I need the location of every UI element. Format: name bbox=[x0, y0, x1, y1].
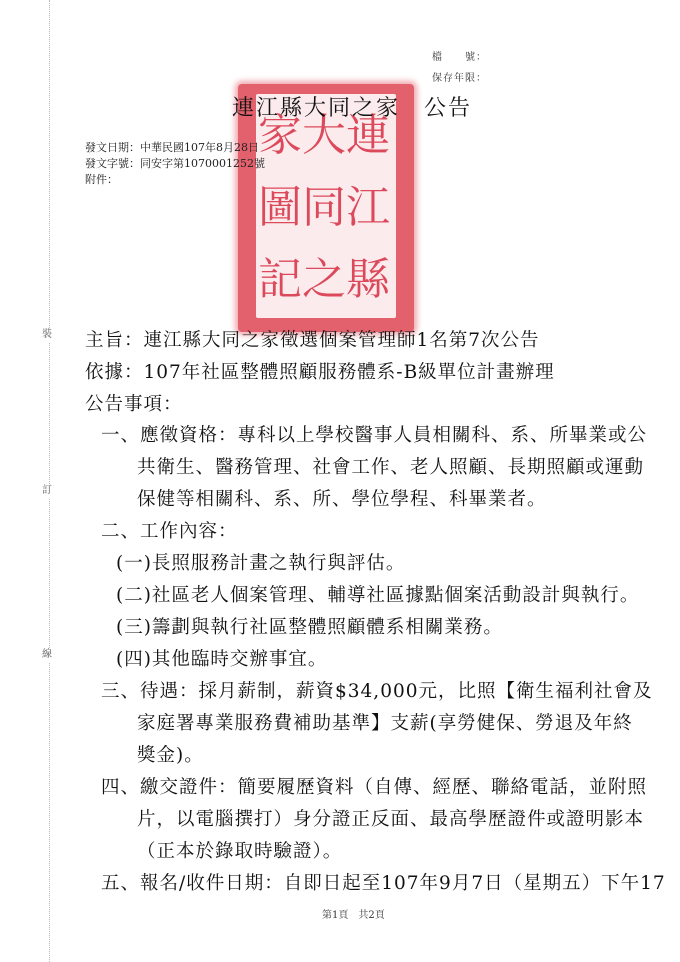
binding-mark-ding: 訂 bbox=[42, 484, 52, 498]
item-3-line-3: 獎金)。 bbox=[137, 744, 204, 768]
page-number: 第1頁 共2頁 bbox=[322, 906, 385, 921]
item-1-line-1: 一、應徵資格：專科以上學校醫事人員相關科、系、所畢業或公 bbox=[101, 424, 647, 448]
seal-char: 縣 bbox=[346, 244, 390, 316]
document-number: 發文字號：同安字第1070001252號 bbox=[85, 157, 265, 171]
item-4-line-3: （正本於錄取時驗證）。 bbox=[137, 840, 342, 864]
archive-file-number: 檔 號： bbox=[432, 48, 487, 63]
item-3-line-1: 三、待遇：採月薪制，薪資$34,000元，比照【衛生福利社會及 bbox=[101, 680, 653, 704]
seal-inner: 連 大 家 江 同 圖 縣 之 記 bbox=[256, 94, 396, 318]
subject-line: 主旨：連江縣大同之家徵選個案管理師1名第7次公告 bbox=[85, 329, 540, 353]
item-3-line-2: 家庭署專業服務費補助基準】支薪(享勞健保、勞退及年終 bbox=[137, 712, 633, 736]
seal-char: 圖 bbox=[258, 172, 302, 244]
seal-char: 江 bbox=[346, 172, 390, 244]
item-1-line-2: 共衛生、醫務管理、社會工作、老人照顧、長期照顧或運動 bbox=[137, 456, 644, 480]
item-2-sub-3: (三)籌劃與執行社區整體照顧體系相關業務。 bbox=[116, 616, 503, 640]
seal-char: 同 bbox=[302, 172, 346, 244]
seal-grid: 連 大 家 江 同 圖 縣 之 記 bbox=[262, 100, 390, 312]
seal-char: 之 bbox=[302, 244, 346, 316]
item-2-sub-4: (四)其他臨時交辦事宜。 bbox=[116, 648, 327, 672]
basis-line: 依據：107年社區整體照顧服務體系-B級單位計畫辦理 bbox=[85, 361, 555, 385]
item-5-line-1: 五、報名/收件日期：自即日起至107年9月7日（星期五）下午17 bbox=[101, 872, 666, 896]
archive-retention-period: 保存年限： bbox=[432, 69, 487, 84]
issue-date: 發文日期：中華民國107年8月28日 bbox=[85, 141, 259, 155]
item-4-line-2: 片，以電腦撰打）身分證正反面、最高學歷證件或證明影本 bbox=[137, 808, 644, 832]
item-2-sub-2: (二)社區老人個案管理、輔導社區據點個案活動設計與執行。 bbox=[116, 584, 639, 608]
binding-mark-xian: 線 bbox=[42, 648, 52, 662]
item-1-line-3: 保健等相關科、系、所、學位學程、科畢業者。 bbox=[137, 488, 547, 512]
item-2-sub-1: (一)長照服務計畫之執行與評估。 bbox=[116, 552, 405, 576]
attachment-label: 附件： bbox=[85, 173, 118, 187]
seal-char: 記 bbox=[258, 244, 302, 316]
item-2-heading: 二、工作內容： bbox=[101, 520, 238, 544]
items-heading: 公告事項： bbox=[85, 393, 183, 417]
binding-mark-zhuang: 裝 bbox=[42, 328, 52, 342]
binding-line bbox=[49, 0, 50, 962]
document-title: 連江縣大同之家 公告 bbox=[232, 91, 472, 122]
item-4-line-1: 四、繳交證件：簡要履歷資料（自傳、經歷、聯絡電話，並附照 bbox=[101, 776, 647, 800]
